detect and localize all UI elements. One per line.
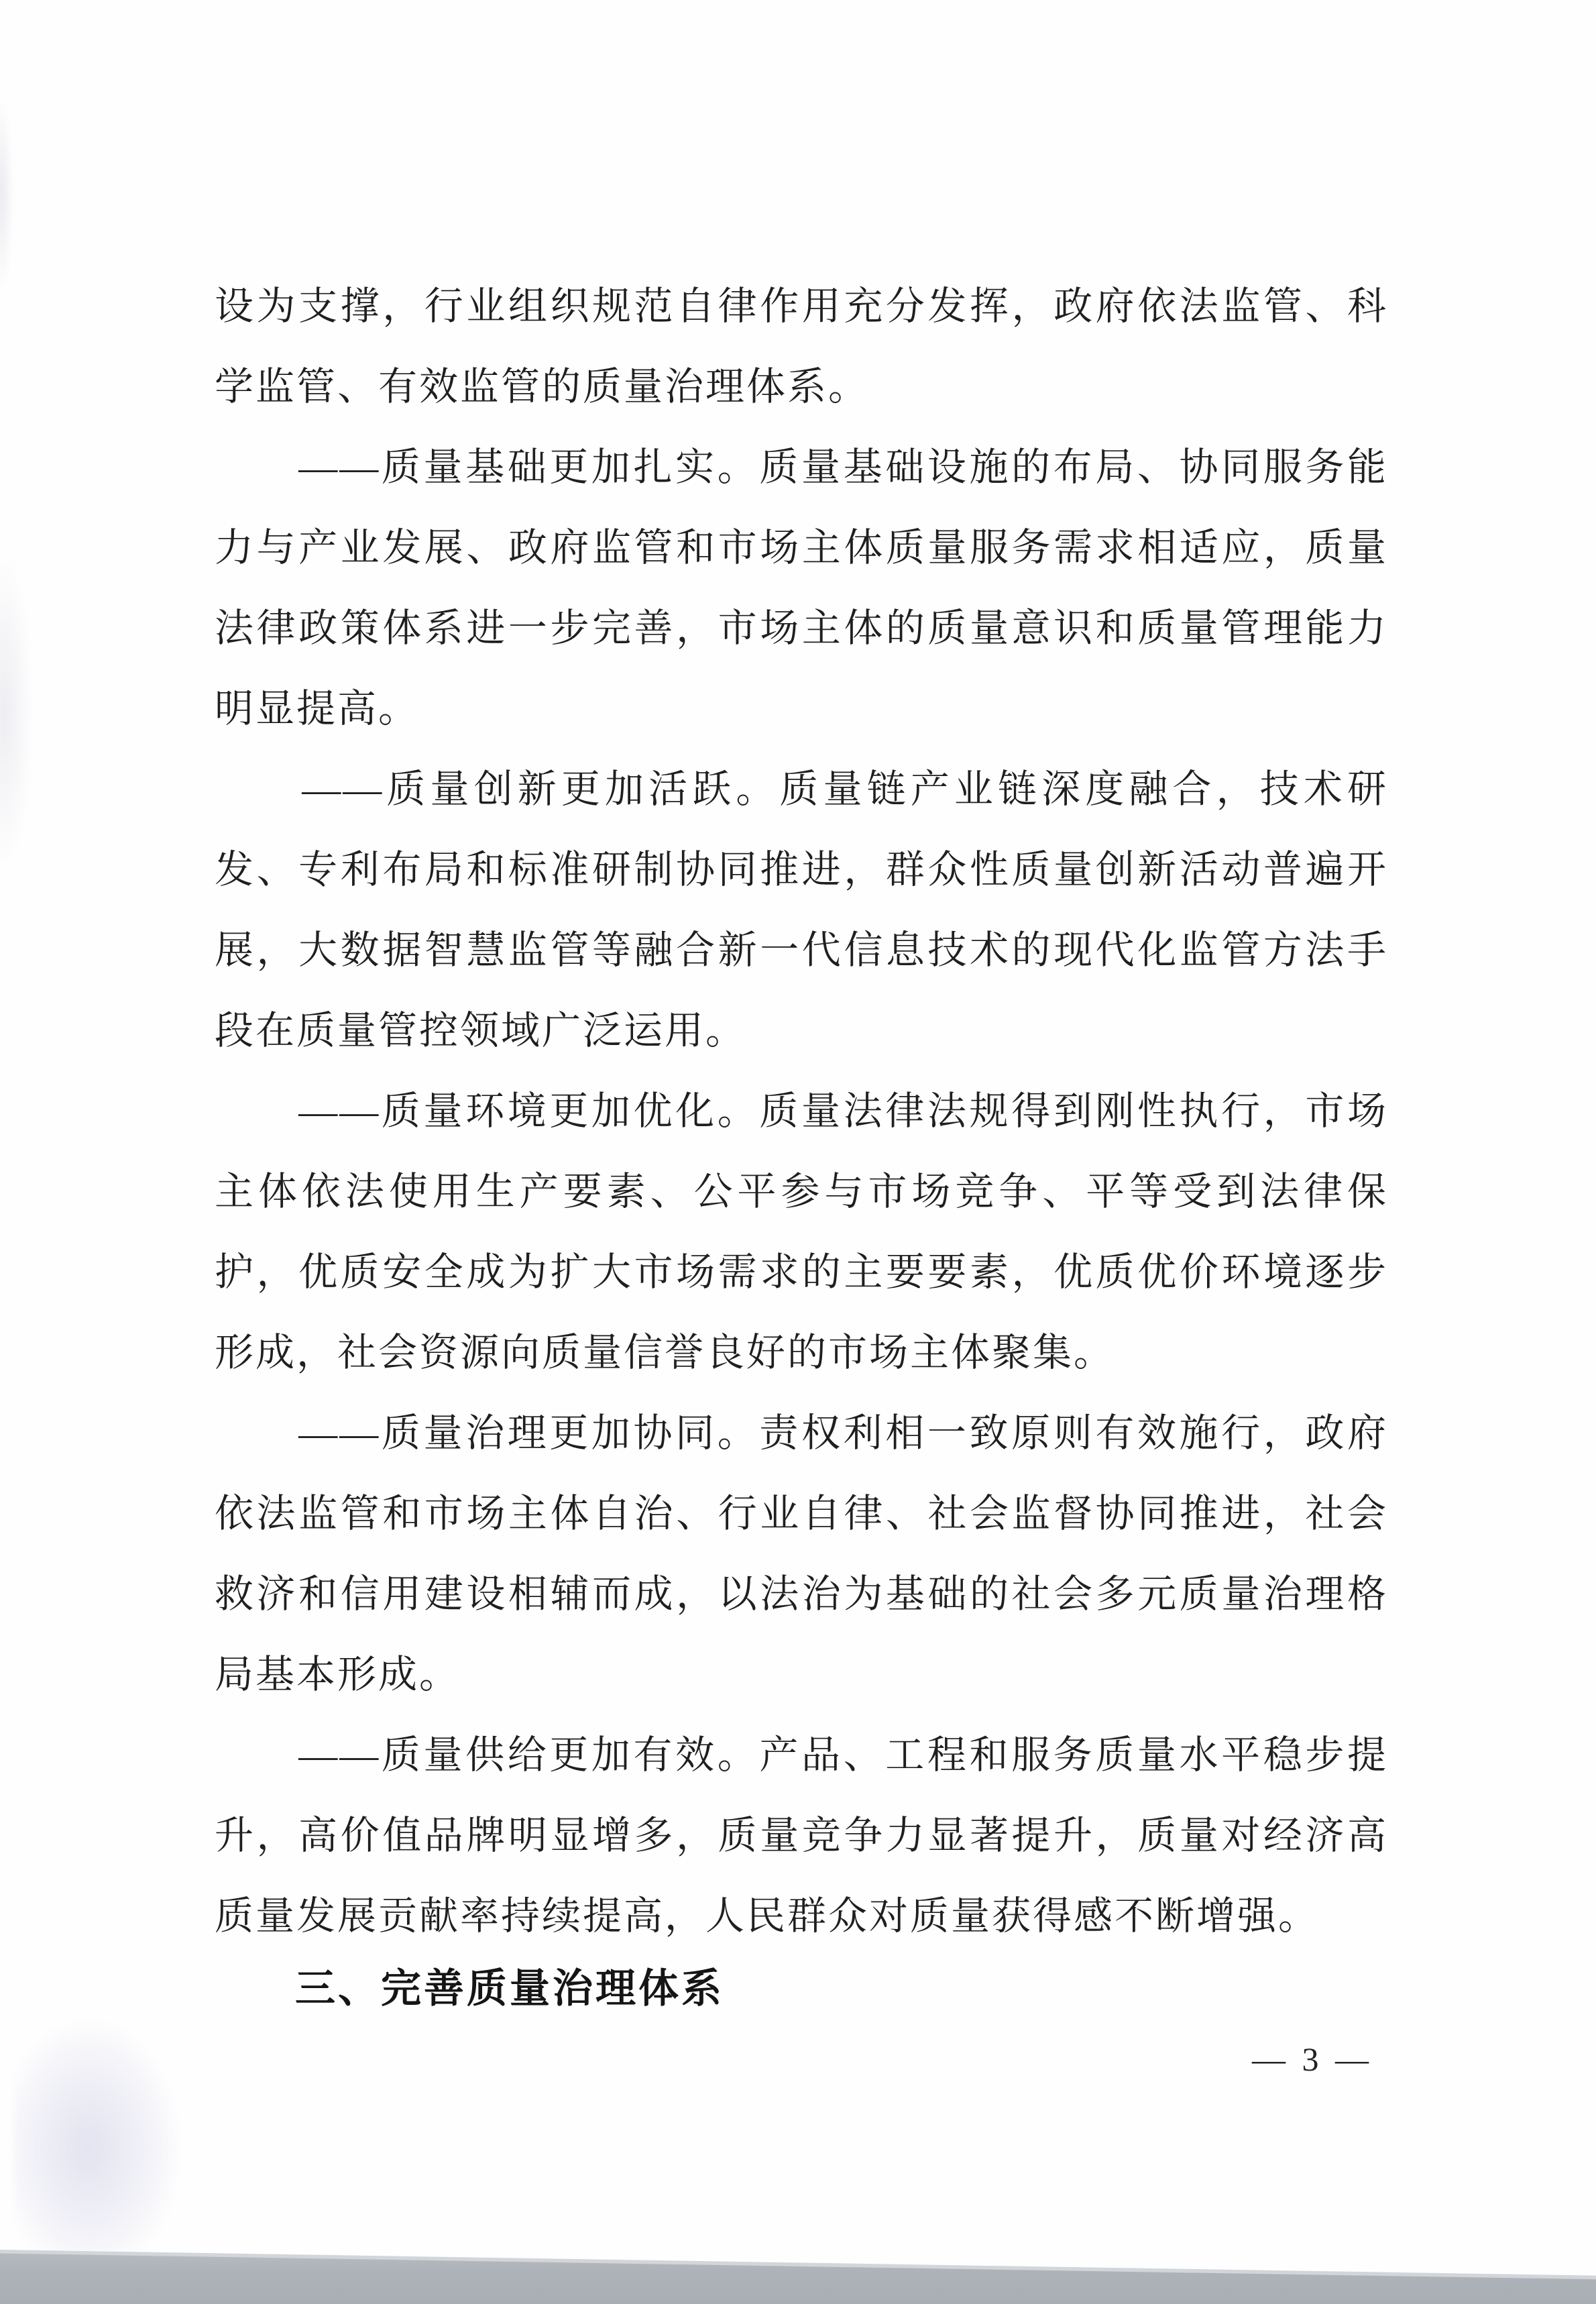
text-line: 质量发展贡献率持续提高，人民群众对质量获得感不断增强。 (215, 1876, 1388, 1957)
text-line: ——质量创新更加活跃。质量链产业链深度融合，技术研 (215, 749, 1388, 830)
text-line: 升，高价值品牌明显增多，质量竞争力显著提升，质量对经济高 (215, 1796, 1388, 1876)
page-number: — 3 — (1252, 2040, 1373, 2078)
text-line: ——质量环境更加优化。质量法律法规得到刚性执行，市场 (215, 1071, 1388, 1152)
text-line: 护，优质安全成为扩大市场需求的主要要素，优质优价环境逐步 (215, 1232, 1388, 1313)
text-line: ——质量基础更加扎实。质量基础设施的布局、协同服务能 (215, 427, 1388, 508)
text-line: 段在质量管控领域广泛运用。 (215, 991, 1388, 1071)
scan-smudge-top-left (0, 94, 13, 295)
text-line: 明显提高。 (215, 669, 1388, 749)
scan-smudge-left (0, 550, 34, 872)
text-line: 展，大数据智慧监管等融合新一代信息技术的现代化监管方法手 (215, 910, 1388, 991)
text-line: 力与产业发展、政府监管和市场主体质量服务需求相适应，质量 (215, 508, 1388, 588)
text-line: 救济和信用建设相辅而成，以法治为基础的社会多元质量治理格 (215, 1554, 1388, 1635)
section-heading: 三、完善质量治理体系 (215, 1949, 1388, 2029)
text-line: 主体依法使用生产要素、公平参与市场竞争、平等受到法律保 (215, 1152, 1388, 1232)
document-page: 设为支撑，行业组织规范自律作用充分发挥，政府依法监管、科学监管、有效监管的质量治… (0, 0, 1596, 2304)
text-line: ——质量供给更加有效。产品、工程和服务质量水平稳步提 (215, 1715, 1388, 1796)
text-block: 设为支撑，行业组织规范自律作用充分发挥，政府依法监管、科学监管、有效监管的质量治… (215, 266, 1388, 2029)
text-line: 法律政策体系进一步完善，市场主体的质量意识和质量管理能力 (215, 588, 1388, 669)
text-line: 依法监管和市场主体自治、行业自律、社会监督协同推进，社会 (215, 1474, 1388, 1554)
text-line: ——质量治理更加协同。责权利相一致原则有效施行，政府 (215, 1393, 1388, 1474)
text-line: 局基本形成。 (215, 1635, 1388, 1715)
paragraph-lines: 设为支撑，行业组织规范自律作用充分发挥，政府依法监管、科学监管、有效监管的质量治… (215, 266, 1388, 1957)
text-line: 学监管、有效监管的质量治理体系。 (215, 347, 1388, 427)
text-line: 发、专利布局和标准研制协同推进，群众性质量创新活动普遍开 (215, 830, 1388, 910)
scan-smudge-bottom-left (13, 2019, 181, 2254)
text-line: 设为支撑，行业组织规范自律作用充分发挥，政府依法监管、科 (215, 266, 1388, 347)
text-line: 形成，社会资源向质量信誉良好的市场主体聚集。 (215, 1313, 1388, 1393)
